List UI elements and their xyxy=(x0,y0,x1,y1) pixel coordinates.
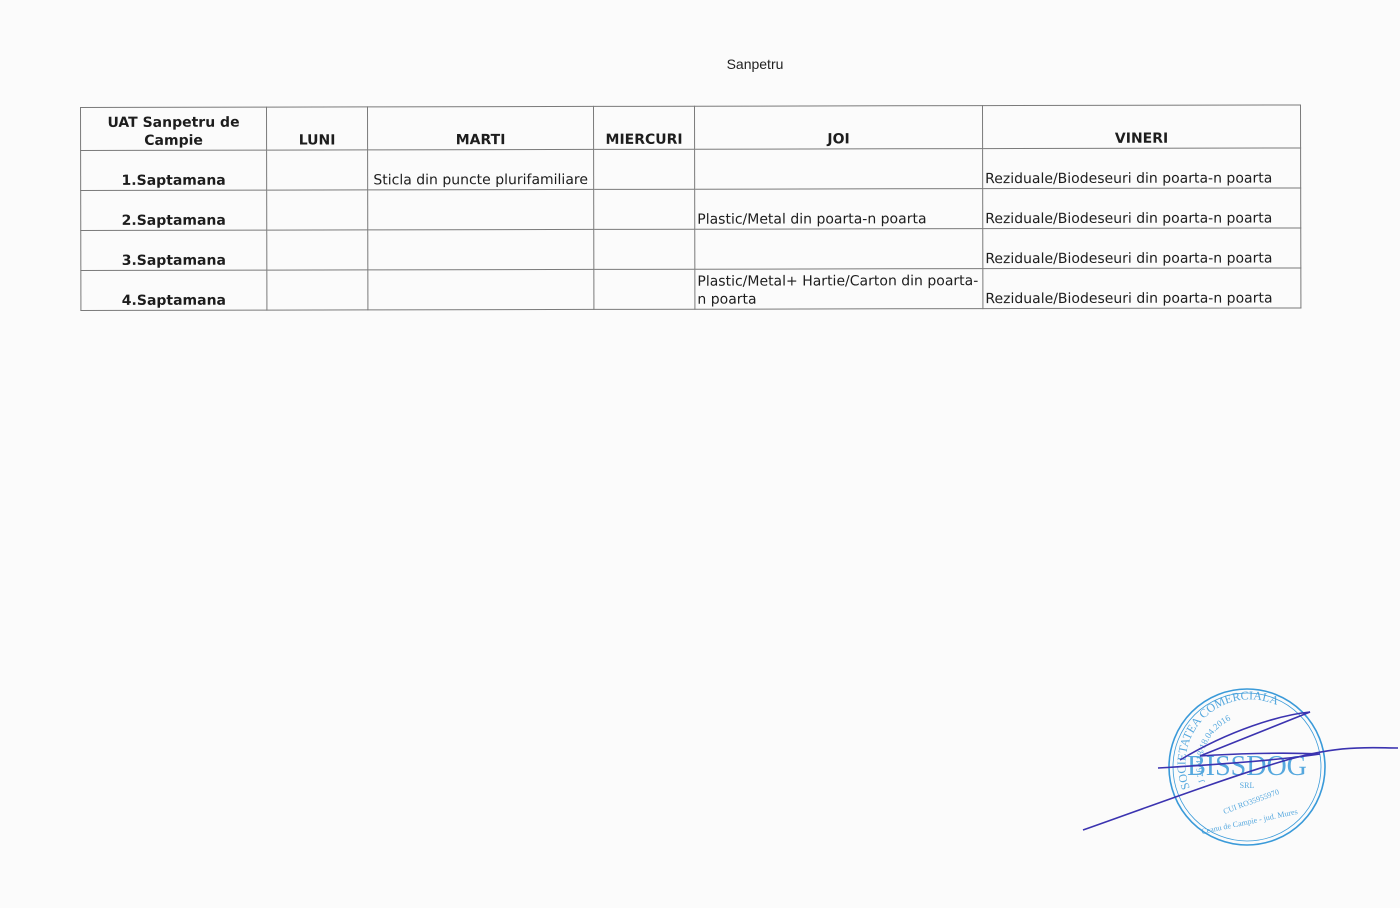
cell-joi xyxy=(695,229,983,270)
cell-joi: Plastic/Metal+ Hartie/Carton din poarta-… xyxy=(695,269,983,310)
week-label: 2.Saptamana xyxy=(81,190,267,230)
cell-luni xyxy=(267,150,368,190)
collection-schedule-table: UAT Sanpetru de Campie LUNI MARTI MIERCU… xyxy=(80,104,1301,311)
header-miercuri: MIERCURI xyxy=(593,106,694,149)
cell-luni xyxy=(267,230,368,270)
cell-marti xyxy=(368,229,594,269)
cell-luni xyxy=(267,190,368,230)
table-row: 4.Saptamana Plastic/Metal+ Hartie/Carton… xyxy=(81,268,1301,311)
cell-joi: Plastic/Metal din poarta-n poarta xyxy=(695,189,983,230)
table-header-row: UAT Sanpetru de Campie LUNI MARTI MIERCU… xyxy=(81,105,1301,151)
cell-vineri: Reziduale/Biodeseuri din poarta-n poarta xyxy=(983,268,1301,309)
stamp-location: Ceanu de Campie - jud. Mures xyxy=(1201,807,1299,836)
cell-marti xyxy=(368,269,594,309)
document-title: Sanpetru xyxy=(0,56,1400,72)
table-row: 1.Saptamana Sticla din puncte plurifamil… xyxy=(81,148,1301,191)
cell-vineri: Reziduale/Biodeseuri din poarta-n poarta xyxy=(983,148,1301,189)
cell-marti: Sticla din puncte plurifamiliare xyxy=(368,149,594,189)
cell-miercuri xyxy=(594,269,695,309)
cell-marti xyxy=(368,189,594,229)
header-joi: JOI xyxy=(694,106,982,150)
cell-miercuri xyxy=(594,189,695,229)
header-uat: UAT Sanpetru de Campie xyxy=(81,107,267,150)
cell-joi xyxy=(695,149,983,190)
week-label: 3.Saptamana xyxy=(81,230,267,270)
cell-luni xyxy=(267,270,368,310)
cell-vineri: Reziduale/Biodeseuri din poarta-n poarta xyxy=(983,188,1301,229)
table-row: 3.Saptamana Reziduale/Biodeseuri din poa… xyxy=(81,228,1301,271)
header-vineri: VINERI xyxy=(982,105,1300,149)
cell-miercuri xyxy=(594,229,695,269)
company-stamp: SOCIETATEA COMERCIALA J 26/418/18.04.201… xyxy=(1080,670,1400,850)
stamp-suffix: SRL xyxy=(1240,781,1255,790)
table-row: 2.Saptamana Plastic/Metal din poarta-n p… xyxy=(81,188,1301,231)
cell-miercuri xyxy=(594,149,695,189)
header-luni: LUNI xyxy=(267,107,368,150)
stamp-seal-icon: SOCIETATEA COMERCIALA J 26/418/18.04.201… xyxy=(1080,670,1400,850)
header-marti: MARTI xyxy=(368,106,594,149)
cell-vineri: Reziduale/Biodeseuri din poarta-n poarta xyxy=(983,228,1301,269)
week-label: 4.Saptamana xyxy=(81,270,267,310)
week-label: 1.Saptamana xyxy=(81,150,267,190)
